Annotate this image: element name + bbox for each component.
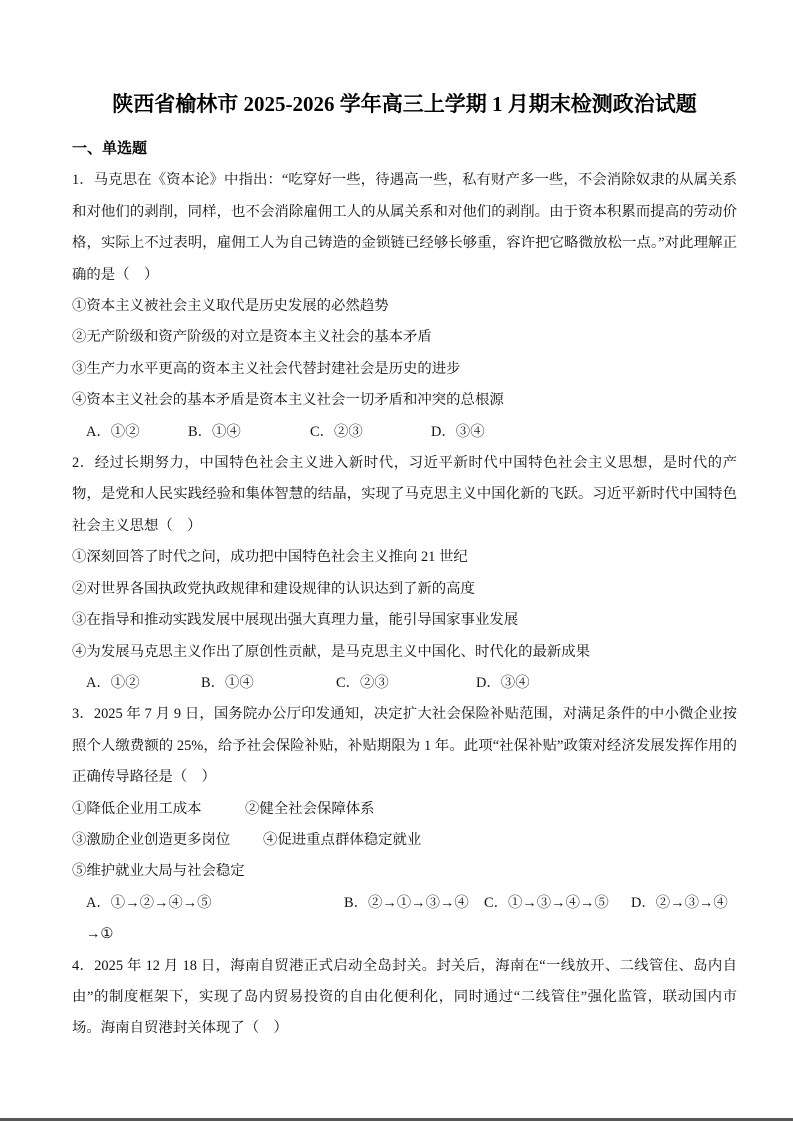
- options-row: A．①→②→④→⑤B．②→①→③→④C．①→③→④→⑤D．②→③→④: [72, 888, 737, 919]
- statement-item: ③在指导和推动实践发展中展现出强大真理力量，能引导国家事业发展: [72, 605, 737, 636]
- option-value: ③④: [456, 424, 485, 440]
- option-d: D．③④: [476, 668, 530, 699]
- option-label: D．: [631, 895, 656, 911]
- option-label: C．: [484, 895, 508, 911]
- option-value: ②→③→④: [656, 895, 728, 911]
- statement-item: ①深刻回答了时代之问，成功把中国特色社会主义推向 21 世纪: [72, 542, 737, 573]
- statement-item: ⑤维护就业大局与社会稳定: [72, 863, 245, 879]
- statement-item: ③生产力水平更高的资本主义社会代替封建社会是历史的进步: [72, 354, 737, 385]
- option-c: C．②③: [310, 417, 431, 448]
- option-a: A．①②: [86, 668, 201, 699]
- question-2: 2．经过长期努力，中国特色社会主义进入新时代，习近平新时代中国特色社会主义思想，…: [72, 448, 737, 699]
- option-d: D．③④: [431, 417, 485, 448]
- option-label: B．: [201, 675, 225, 691]
- page-bottom-border: [0, 1118, 793, 1121]
- page-title: 陕西省榆林市 2025-2026 学年高三上学期 1 月期末检测政治试题: [72, 91, 737, 118]
- option-value: ③④: [501, 675, 530, 691]
- option-label: A．: [86, 675, 111, 691]
- option-c: C．②③: [336, 668, 476, 699]
- option-label: B．: [344, 895, 368, 911]
- statement-row: ⑤维护就业大局与社会稳定: [72, 856, 737, 887]
- question-3: 3．2025 年 7 月 9 日，国务院办公厅印发通知，决定扩大社会保险补贴范围…: [72, 699, 737, 950]
- option-value: ②③: [360, 675, 389, 691]
- option-value: ①②: [111, 424, 140, 440]
- option-value: ②③: [334, 424, 363, 440]
- statement-row: ③激励企业创造更多岗位④促进重点群体稳定就业: [72, 825, 737, 856]
- question-1: 1．马克思在《资本论》中指出：“吃穿好一些，待遇高一些，私有财产多一些，不会消除…: [72, 165, 737, 448]
- options-row: A．①②B．①④C．②③D．③④: [72, 668, 737, 699]
- option-a: A．①②: [86, 417, 188, 448]
- option-label: B．: [188, 424, 212, 440]
- option-value: ①④: [212, 424, 241, 440]
- statement-item: ①降低企业用工成本: [72, 794, 245, 825]
- statement-item: ②健全社会保障体系: [245, 801, 375, 817]
- option-label: D．: [476, 675, 501, 691]
- exam-paper-page: 陕西省榆林市 2025-2026 学年高三上学期 1 月期末检测政治试题 一、单…: [0, 0, 793, 1122]
- statement-item: ④为发展马克思主义作出了原创性贡献，是马克思主义中国化、时代化的最新成果: [72, 637, 737, 668]
- statement-item: ②无产阶级和资产阶级的对立是资本主义社会的基本矛盾: [72, 322, 737, 353]
- statement-item: ①资本主义被社会主义取代是历史发展的必然趋势: [72, 291, 737, 322]
- option-b: B．②→①→③→④: [344, 888, 484, 919]
- statement-item: ④资本主义社会的基本矛盾是资本主义社会一切矛盾和冲突的总根源: [72, 385, 737, 416]
- option-d: D．②→③→④: [631, 888, 728, 919]
- question-stem: 2．经过长期努力，中国特色社会主义进入新时代，习近平新时代中国特色社会主义思想，…: [72, 448, 737, 542]
- page-content: 陕西省榆林市 2025-2026 学年高三上学期 1 月期末检测政治试题 一、单…: [72, 91, 737, 1045]
- option-label: A．: [86, 895, 111, 911]
- option-b: B．①④: [188, 417, 310, 448]
- option-label: A．: [86, 424, 111, 440]
- option-a: A．①→②→④→⑤: [86, 888, 344, 919]
- question-stem: 1．马克思在《资本论》中指出：“吃穿好一些，待遇高一些，私有财产多一些，不会消除…: [72, 165, 737, 291]
- option-value: ①④: [225, 675, 254, 691]
- option-c: C．①→③→④→⑤: [484, 888, 631, 919]
- options-row: A．①②B．①④C．②③D．③④: [72, 417, 737, 448]
- option-label: D．: [431, 424, 456, 440]
- option-value: ①②: [111, 675, 140, 691]
- option-value: ①→③→④→⑤: [508, 895, 609, 911]
- statement-row: ①降低企业用工成本②健全社会保障体系: [72, 794, 737, 825]
- option-label: C．: [310, 424, 334, 440]
- option-label: C．: [336, 675, 360, 691]
- option-b: B．①④: [201, 668, 336, 699]
- question-4: 4．2025 年 12 月 18 日，海南自贸港正式启动全岛封关。封关后，海南在…: [72, 951, 737, 1045]
- statement-item: ③激励企业创造更多岗位: [72, 825, 263, 856]
- option-value: ②→①→③→④: [368, 895, 469, 911]
- statement-item: ②对世界各国执政党执政规律和建设规律的认识达到了新的高度: [72, 574, 737, 605]
- option-d-wrap: →①: [72, 919, 737, 950]
- section-heading: 一、单选题: [72, 134, 737, 165]
- question-stem: 4．2025 年 12 月 18 日，海南自贸港正式启动全岛封关。封关后，海南在…: [72, 951, 737, 1045]
- question-stem: 3．2025 年 7 月 9 日，国务院办公厅印发通知，决定扩大社会保险补贴范围…: [72, 699, 737, 793]
- statement-item: ④促进重点群体稳定就业: [263, 832, 421, 848]
- option-value: ①→②→④→⑤: [111, 895, 212, 911]
